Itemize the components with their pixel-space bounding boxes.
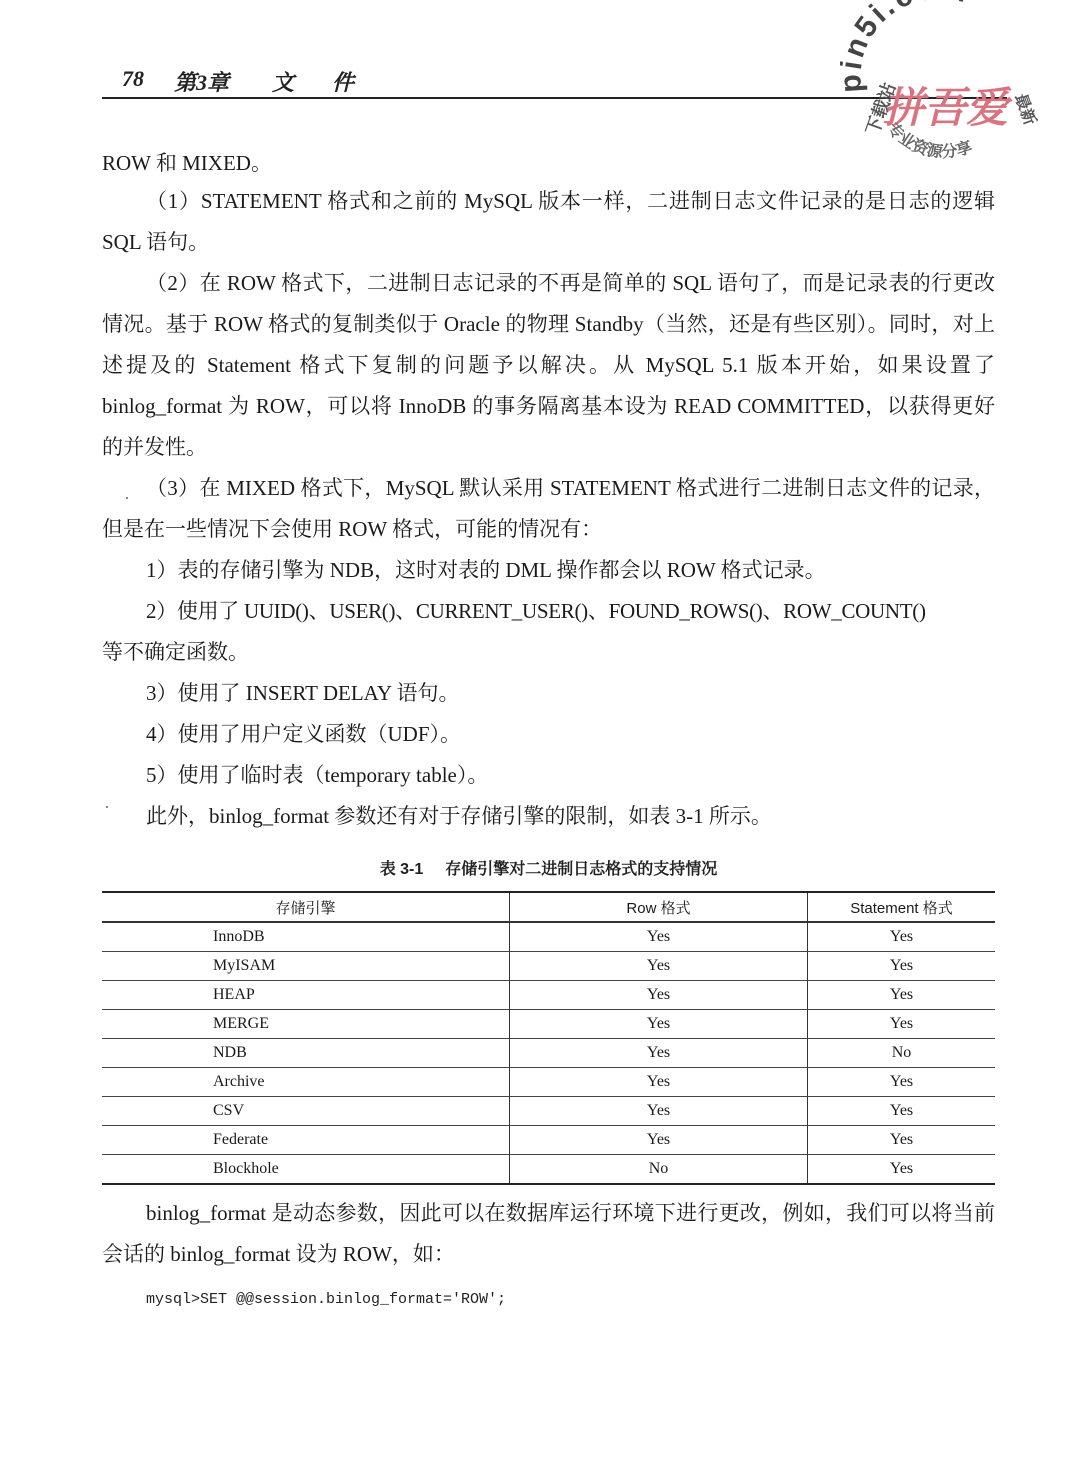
statement-format-support: Yes [808, 922, 996, 952]
paragraph-mixed-format: （3）在 MIXED 格式下，MySQL 默认采用 STATEMENT 格式进行… [102, 468, 995, 550]
chapter-title-char-2: 件 [332, 66, 354, 97]
statement-format-support: Yes [808, 981, 996, 1010]
list-item-2-continuation: 等不确定函数。 [102, 632, 995, 673]
row-format-support: Yes [510, 952, 808, 981]
row-format-support: Yes [510, 981, 808, 1010]
row-format-support: No [510, 1155, 808, 1185]
table-caption-number: 表 3-1 [380, 861, 424, 878]
table-caption: 表 3-1存储引擎对二进制日志格式的支持情况 [102, 856, 995, 879]
table-caption-title: 存储引擎对二进制日志格式的支持情况 [445, 861, 717, 878]
statement-format-support: Yes [808, 1126, 996, 1155]
statement-format-support: Yes [808, 952, 996, 981]
statement-format-support: Yes [808, 1010, 996, 1039]
engine-format-table: 存储引擎 Row 格式 Statement 格式 InnoDB Yes Yes … [102, 891, 995, 1185]
column-header-engine: 存储引擎 [102, 892, 510, 922]
chapter-label: 第3章 [174, 66, 229, 97]
paragraph-statement-format: （1）STATEMENT 格式和之前的 MySQL 版本一样，二进制日志文件记录… [102, 181, 995, 263]
chapter-title-char-1: 文 [272, 66, 294, 97]
statement-format-support: Yes [808, 1068, 996, 1097]
row-format-support: Yes [510, 1039, 808, 1068]
table-header-row: 存储引擎 Row 格式 Statement 格式 [102, 892, 995, 922]
engine-name: NDB [102, 1039, 510, 1068]
statement-format-support: Yes [808, 1097, 996, 1126]
engine-name: Blockhole [102, 1155, 510, 1185]
engine-name: CSV [102, 1097, 510, 1126]
engine-name: Archive [102, 1068, 510, 1097]
table-row: MERGE Yes Yes [102, 1010, 995, 1039]
table-row: Federate Yes Yes [102, 1126, 995, 1155]
engine-name: InnoDB [102, 922, 510, 952]
svg-text:pin5i.com: pin5i.com [840, 0, 972, 94]
list-item-2: 2）使用了 UUID()、USER()、CURRENT_USER()、FOUND… [146, 591, 995, 632]
paragraph-intro-tail: ROW 和 MIXED。 [102, 143, 995, 184]
paragraph-dynamic-parameter: binlog_format 是动态参数，因此可以在数据库运行环境下进行更改，例如… [102, 1193, 995, 1275]
table-row: Archive Yes Yes [102, 1068, 995, 1097]
engine-name: MyISAM [102, 952, 510, 981]
row-format-support: Yes [510, 1068, 808, 1097]
paragraph-row-format: （2）在 ROW 格式下，二进制日志记录的不再是简单的 SQL 语句了，而是记录… [102, 263, 995, 468]
statement-format-support: No [808, 1039, 996, 1068]
page-number: 78 [122, 66, 144, 92]
engine-name: Federate [102, 1126, 510, 1155]
list-item-4: 4）使用了用户定义函数（UDF）。 [146, 714, 461, 755]
list-item-3: 3）使用了 INSERT DELAY 语句。 [146, 673, 460, 714]
engine-name: HEAP [102, 981, 510, 1010]
column-header-row-format: Row 格式 [510, 892, 808, 922]
table-row: HEAP Yes Yes [102, 981, 995, 1010]
code-snippet: mysql>SET @@session.binlog_format='ROW'; [146, 1291, 506, 1308]
row-format-support: Yes [510, 922, 808, 952]
row-format-support: Yes [510, 1010, 808, 1039]
engine-name: MERGE [102, 1010, 510, 1039]
margin-speck [106, 806, 108, 808]
svg-text:最新: 最新 [1011, 91, 1040, 128]
list-item-5: 5）使用了临时表（temporary table）。 [146, 755, 488, 796]
paragraph-table-reference: 此外，binlog_format 参数还有对于存储引擎的限制，如表 3-1 所示… [146, 796, 772, 837]
table-row: InnoDB Yes Yes [102, 922, 995, 952]
table-row: MyISAM Yes Yes [102, 952, 995, 981]
table-row: CSV Yes Yes [102, 1097, 995, 1126]
row-format-support: Yes [510, 1126, 808, 1155]
statement-format-support: Yes [808, 1155, 996, 1185]
margin-speck [126, 497, 128, 499]
row-format-support: Yes [510, 1097, 808, 1126]
table-row: NDB Yes No [102, 1039, 995, 1068]
column-header-statement-format: Statement 格式 [808, 892, 996, 922]
list-item-1: 1）表的存储引擎为 NDB，这时对表的 DML 操作都会以 ROW 格式记录。 [146, 550, 826, 591]
table-row: Blockhole No Yes [102, 1155, 995, 1185]
